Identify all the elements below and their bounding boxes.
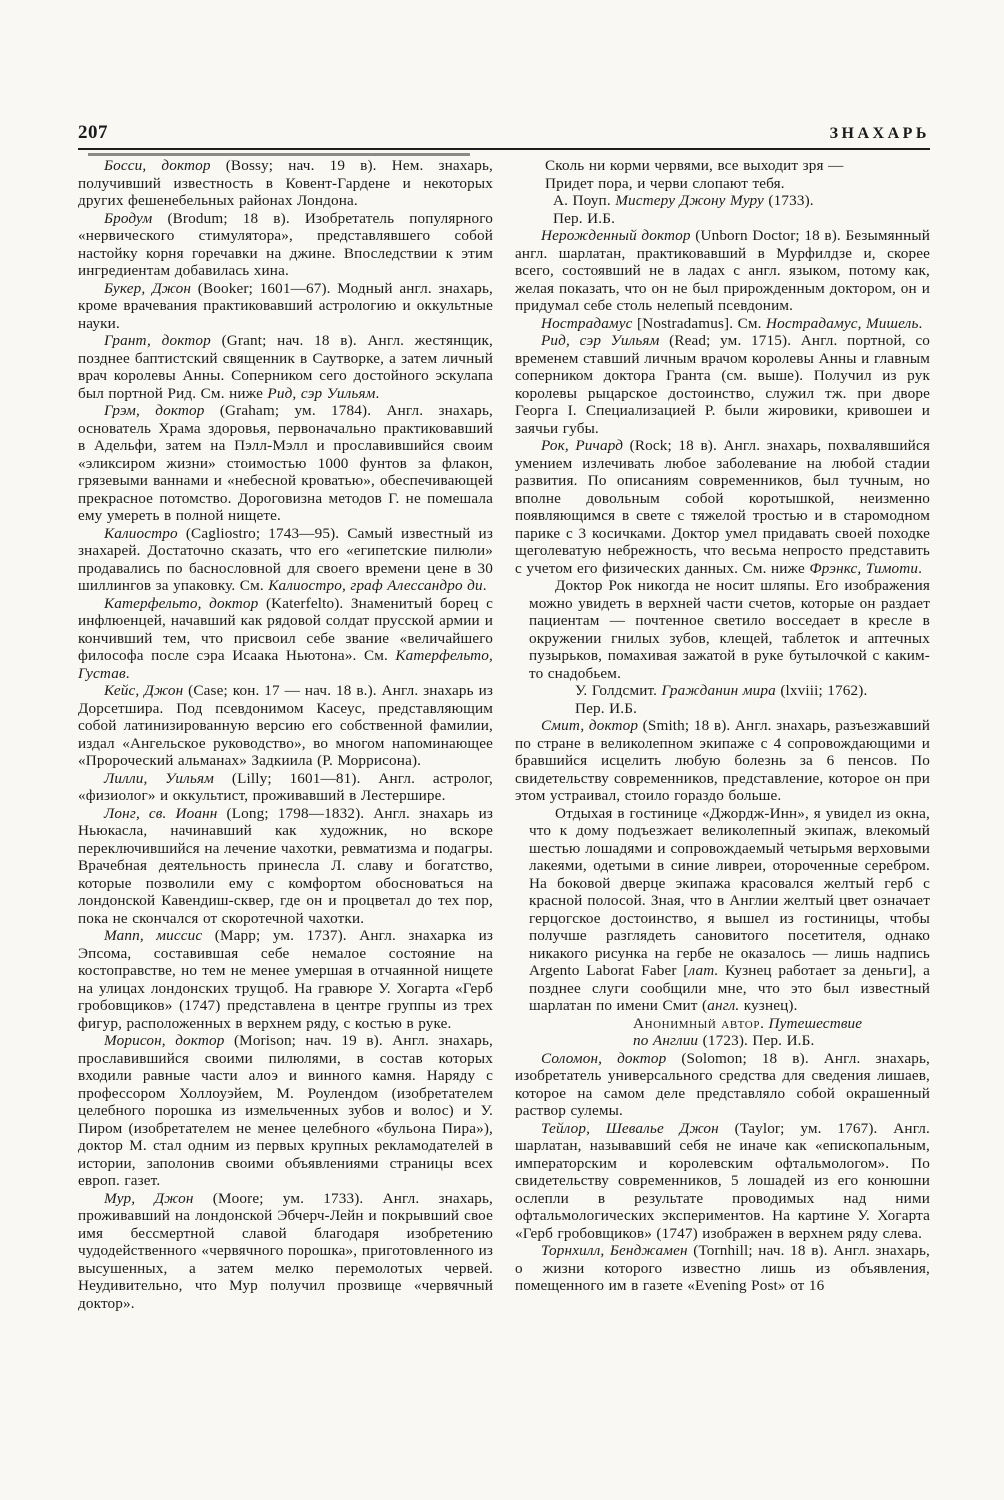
entry-headword: Морисон, доктор (104, 1032, 224, 1049)
attribution-line: Пер. И.Б. (553, 210, 930, 228)
attribution-line: Анонимный автор. Путешествие (633, 1015, 930, 1033)
dictionary-entry: Лонг, св. Иоанн (Long; 1798—1832). Англ.… (78, 805, 493, 928)
entry-headword: Калиостро (104, 525, 178, 542)
verse-quote: Сколь ни корми червями, все выходит зря … (515, 157, 930, 192)
page-header: 207 ЗНАХАРЬ (78, 122, 930, 144)
text-run: кузнец). (739, 997, 797, 1014)
block-quote: Отдыхая в гостинице «Джордж-Инн», я увид… (515, 805, 930, 1015)
text-run: (Long; 1798—1832). Англ. знахарь из Ньюк… (78, 805, 493, 927)
entry-headword: Нерожденный доктор (541, 227, 691, 244)
entry-headword: Букер, Джон (104, 280, 191, 297)
text-run: (Morison; нач. 19 в). Англ. знахарь, про… (78, 1032, 493, 1189)
attribution-line: А. Поуп. Мистеру Джону Муру (1733). (553, 192, 930, 210)
dictionary-entry: Морисон, доктор (Morison; нач. 19 в). Ан… (78, 1032, 493, 1190)
entry-headword: Бродум (104, 210, 152, 227)
entry-headword: Мур, Джон (104, 1190, 194, 1207)
text-run: (1723). Пер. И.Б. (698, 1032, 814, 1049)
dictionary-entry: Мапп, миссис (Mapp; ум. 1737). Англ. зна… (78, 927, 493, 1032)
text-run: Анонимный автор (633, 1015, 760, 1032)
dictionary-entry: Рид, сэр Уильям (Read; ум. 1715). Англ. … (515, 332, 930, 437)
block-quote: Доктор Рок никогда не носит шляпы. Его и… (515, 577, 930, 682)
dictionary-entry: Нострадамус [Nostradamus]. См. Нострадам… (515, 315, 930, 333)
verse-line: Сколь ни корми червями, все выходит зря … (545, 157, 930, 175)
entry-headword: Торнхилл, Бенджамен (541, 1242, 688, 1259)
entry-headword: Рок, Ричард (541, 437, 623, 454)
text-run: Рид, сэр Уильям (267, 385, 375, 402)
text-columns: Босси, доктор (Bossy; нач. 19 в). Нем. з… (78, 157, 930, 1312)
dictionary-entry: Лилли, Уильям (Lilly; 1601—81). Англ. ас… (78, 770, 493, 805)
dictionary-entry: Кейс, Джон (Case; кон. 17 — нач. 18 в.).… (78, 682, 493, 770)
entry-headword: Тейлор, Шевалье Джон (541, 1120, 719, 1137)
attribution-line: по Англии (1723). Пер. И.Б. (633, 1032, 930, 1050)
entry-headword: Рид, сэр Уильям (541, 332, 659, 349)
quote-attribution: У. Голдсмит. Гражданин мира (lxviii; 176… (515, 682, 930, 717)
text-run: . (126, 665, 130, 682)
dictionary-entry: Смит, доктор (Smith; 18 в). Англ. знахар… (515, 717, 930, 805)
quote-attribution: А. Поуп. Мистеру Джону Муру (1733).Пер. … (515, 192, 930, 227)
header-rule (78, 148, 930, 150)
entry-headword: Лилли, Уильям (104, 770, 214, 787)
dictionary-entry: Торнхилл, Бенджамен (Tornhill; нач. 18 в… (515, 1242, 930, 1295)
text-run: англ. (707, 997, 739, 1014)
left-column: Босси, доктор (Bossy; нач. 19 в). Нем. з… (78, 157, 493, 1312)
text-run: (Graham; ум. 1784). Англ. знахарь, основ… (78, 402, 493, 524)
text-run: [Nostradamus]. См. (633, 315, 766, 332)
entry-headword: Грэм, доктор (104, 402, 205, 419)
text-run: . (918, 560, 922, 577)
attribution-line: Пер. И.Б. (575, 700, 930, 718)
entry-headword: Кейс, Джон (104, 682, 183, 699)
text-run: (lxviii; 1762). (776, 682, 868, 699)
text-run: . (376, 385, 380, 402)
text-run: Пер. И.Б. (553, 210, 615, 227)
scan-artifact (88, 153, 470, 156)
text-run: (1733). (764, 192, 814, 209)
text-run: . (919, 315, 923, 332)
text-run: (Rock; 18 в). Англ. знахарь, похвалявший… (515, 437, 930, 577)
dictionary-entry: Рок, Ричард (Rock; 18 в). Англ. знахарь,… (515, 437, 930, 577)
dictionary-entry: Букер, Джон (Booker; 1601—67). Модный ан… (78, 280, 493, 333)
text-run: У. Голдсмит. (575, 682, 662, 699)
scanned-book-page: 207 ЗНАХАРЬ Босси, доктор (Bossy; нач. 1… (0, 0, 1004, 1500)
entry-headword: Лонг, св. Иоанн (104, 805, 218, 822)
text-run: Путешествие (768, 1015, 862, 1032)
text-run: Мистеру Джону Муру (615, 192, 764, 209)
entry-headword: Соломон, доктор (541, 1050, 666, 1067)
dictionary-entry: Грэм, доктор (Graham; ум. 1784). Англ. з… (78, 402, 493, 525)
dictionary-entry: Босси, доктор (Bossy; нач. 19 в). Нем. з… (78, 157, 493, 210)
dictionary-entry: Мур, Джон (Moore; ум. 1733). Англ. знаха… (78, 1190, 493, 1313)
verse-line: Придет пора, и черви слопают тебя. (545, 175, 930, 193)
dictionary-entry: Грант, доктор (Grant; нач. 18 в). Англ. … (78, 332, 493, 402)
text-run: Пер. И.Б. (575, 700, 637, 717)
entry-headword: Грант, доктор (104, 332, 211, 349)
dictionary-entry: Тейлор, Шевалье Джон (Taylor; ум. 1767).… (515, 1120, 930, 1243)
text-run: Нострадамус, Мишель (766, 315, 918, 332)
text-run: (Taylor; ум. 1767). Англ. шарлатан, назы… (515, 1120, 930, 1242)
dictionary-entry: Катерфельто, доктор (Katerfelto). Знамен… (78, 595, 493, 683)
text-run: . (483, 577, 487, 594)
entry-headword: Катерфельто, доктор (104, 595, 258, 612)
attribution-line: У. Голдсмит. Гражданин мира (lxviii; 176… (575, 682, 930, 700)
entry-headword: Босси, доктор (104, 157, 211, 174)
text-run: (Moore; ум. 1733). Англ. знахарь, прожив… (78, 1190, 493, 1312)
dictionary-entry: Калиостро (Cagliostro; 1743—95). Самый и… (78, 525, 493, 595)
dictionary-entry: Нерожденный доктор (Unborn Doctor; 18 в)… (515, 227, 930, 315)
right-column: Сколь ни корми червями, все выходит зря … (515, 157, 930, 1312)
entry-headword: Нострадамус (541, 315, 633, 332)
running-title: ЗНАХАРЬ (830, 125, 930, 143)
text-run: Доктор Рок никогда не носит шляпы. Его и… (529, 577, 930, 682)
dictionary-entry: Соломон, доктор (Solomon; 18 в). Англ. з… (515, 1050, 930, 1120)
entry-headword: Смит, доктор (541, 717, 638, 734)
text-run: Гражданин мира (662, 682, 776, 699)
text-run: Калиостро, граф Алессандро ди (268, 577, 483, 594)
entry-headword: Мапп, миссис (104, 927, 202, 944)
text-run: Фрэнкс, Тимоти (809, 560, 918, 577)
page-number: 207 (78, 122, 108, 144)
text-run: Отдыхая в гостинице «Джордж-Инн», я увид… (529, 805, 930, 980)
quote-attribution: Анонимный автор. Путешествиепо Англии (1… (515, 1015, 930, 1050)
text-run: А. Поуп. (553, 192, 615, 209)
text-run: лат. (689, 962, 719, 979)
dictionary-entry: Бродум (Brodum; 18 в). Изобретатель попу… (78, 210, 493, 280)
text-run: по Англии (633, 1032, 698, 1049)
